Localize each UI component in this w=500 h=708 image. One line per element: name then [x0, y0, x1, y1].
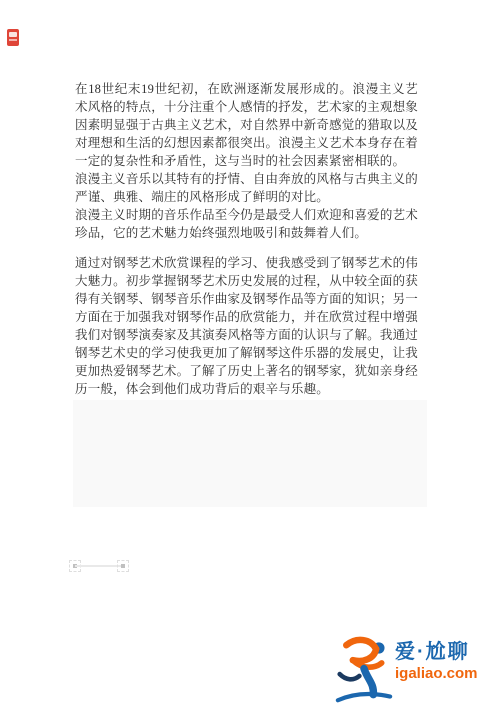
resize-handle-right[interactable] — [121, 564, 125, 568]
paragraph-piano-course-reflection: 通过对钢琴艺术欣赏课程的学习、使我感受到了钢琴艺术的伟大魅力。初步掌握钢琴艺术历… — [75, 254, 418, 398]
line-shape[interactable] — [75, 565, 123, 567]
igaliao-logo: 爱·尬聊 igaliao.com — [335, 634, 495, 704]
paragraph-romantic-music-style: 浪漫主义音乐以其特有的抒情、自由奔放的风格与古典主义的严谨、典雅、端庄的风格形成… — [75, 170, 418, 206]
paragraph-romanticism-origin: 在18世纪末19世纪初，在欧洲逐渐发展形成的。浪漫主义艺术风格的特点，十分注重个… — [75, 80, 418, 170]
document-page: 在18世纪末19世纪初，在欧洲逐渐发展形成的。浪漫主义艺术风格的特点，十分注重个… — [0, 0, 500, 708]
document-text: 在18世纪末19世纪初，在欧洲逐渐发展形成的。浪漫主义艺术风格的特点，十分注重个… — [75, 80, 418, 398]
broken-image-icon — [7, 29, 19, 46]
line-shape-object[interactable] — [65, 556, 133, 576]
logo-text: 爱·尬聊 igaliao.com — [395, 640, 478, 683]
paragraph-romantic-works: 浪漫主义时期的音乐作品至今仍是最受人们欢迎和喜爱的艺术珍品，它的艺术魅力始终强烈… — [75, 206, 418, 242]
brand-name: 爱·尬聊 — [395, 640, 478, 664]
brand-domain: igaliao.com — [395, 665, 478, 683]
leaping-person-icon — [335, 634, 393, 704]
image-placeholder — [73, 400, 427, 507]
